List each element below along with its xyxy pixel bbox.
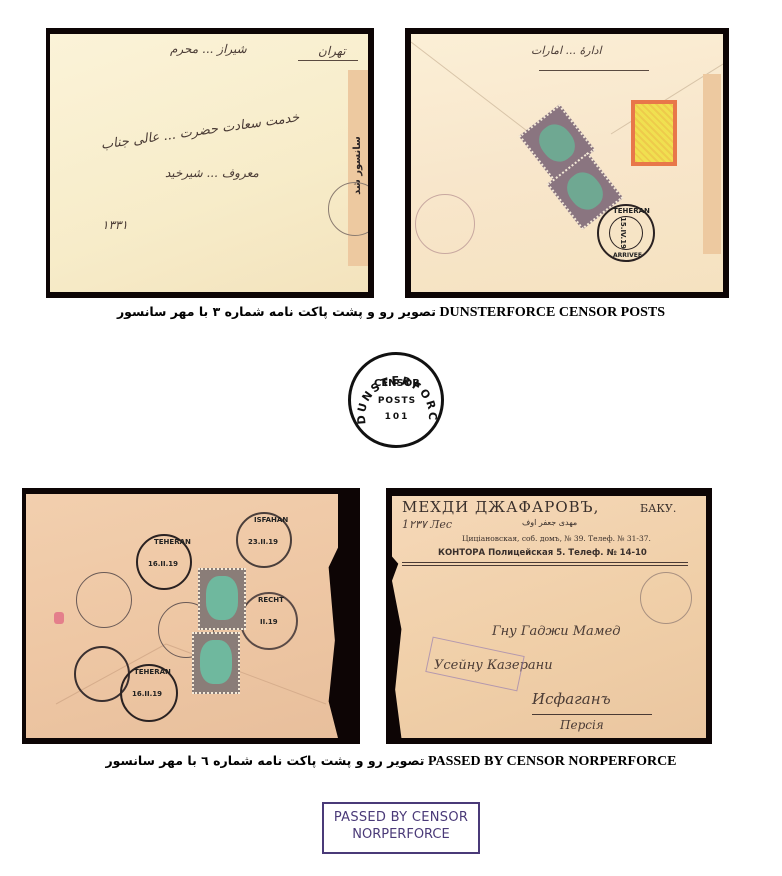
envelope6-stamp-2 (192, 632, 240, 694)
envelope3-censor-tape: سانسور شد (348, 70, 368, 266)
envelope6-stamp-1 (198, 568, 246, 630)
norperforce-line2: NORPERFORCE (324, 827, 478, 842)
caption-section2-latin: PASSED BY CENSOR NORPERFORCE (428, 754, 677, 769)
envelope3-address-main: خدمت سعادت حضرت ... عالی جناب (100, 110, 300, 153)
postmark-city: TEHERAN (613, 207, 650, 215)
mark-center-text: CENSOR (344, 378, 450, 389)
envelope3-address-line1: شیراز ... محرم (170, 42, 247, 56)
envelope6-back-photo: TEHERAN 16.II.19 ISFAHAN 23.II.19 RECHT … (22, 488, 360, 744)
envelope6-back: TEHERAN 16.II.19 ISFAHAN 23.II.19 RECHT … (26, 494, 338, 738)
envelope6-postmark-faint-left (76, 572, 132, 628)
envelope6-front: МЕХДИ ДЖАФАРОВЪ, БАКУ. مهدی جعفر اوف 1۲۳… (392, 496, 706, 738)
norperforce-censor-mark: PASSED BY CENSOR NORPERFORCE (322, 802, 480, 854)
envelope6-postmark-teheran-2: TEHERAN 16.II.19 (120, 664, 178, 722)
stamp-portrait (533, 118, 582, 168)
postmark-date: 23.II.19 (248, 538, 278, 546)
envelope3-teheran-postmark: TEHERAN 15.IV.19 ARRIVEE (597, 204, 655, 262)
envelope3-front-photo: تهران شیراز ... محرم خدمت سعادت حضرت ...… (46, 28, 374, 298)
overprint-pattern (635, 104, 673, 162)
envelope3-front: تهران شیراز ... محرم خدمت سعادت حضرت ...… (50, 34, 368, 292)
letterhead-rule (402, 562, 688, 566)
envelope3-back: ادارۀ ... امارات TEHERAN 15.IV.19 ARRIVE… (411, 34, 723, 292)
caption-section1-latin: DUNSTERFORCE CENSOR POSTS (439, 305, 665, 320)
underline (539, 70, 649, 71)
envelope3-year: ۱۳۳۱ (102, 218, 128, 232)
addressee-country: Персiя (560, 718, 604, 732)
handwritten-ref: 1۲۳۷ Лес (402, 518, 452, 531)
stamp-portrait (206, 576, 238, 620)
letterhead-address: Цицiановская, соб. домъ, № 39. Телеф. № … (462, 534, 651, 543)
dunsterforce-censor-mark: DUNSTERFORCE CENSOR POSTS 101 (344, 350, 450, 452)
postmark-city: TEHERAN (134, 668, 171, 676)
postmark-city: RECHT (258, 596, 284, 604)
mark-line2: POSTS (344, 396, 450, 406)
envelope3-address-top: تهران (318, 44, 346, 58)
postmark-city: TEHERAN (154, 538, 191, 546)
stamp-portrait (561, 166, 610, 216)
addressee-line1: Гну Гаджи Мамед (492, 624, 621, 639)
envelope6-postmark-teheran-1: TEHERAN 16.II.19 (136, 534, 192, 590)
postmark-date: 15.IV.19 (619, 217, 627, 249)
postmark-date: 16.II.19 (148, 560, 178, 568)
envelope3-overprint-label (631, 100, 677, 166)
caption-section1: تصویر رو و پشت پاکت نامه شماره ۳ با مهر … (0, 304, 782, 321)
addressee-city: Исфаганъ (532, 690, 611, 708)
postmark-date: 16.II.19 (132, 690, 162, 698)
postmark-lower: ARRIVEE (613, 252, 642, 259)
envelope6-postmark-isfahan: ISFAHAN 23.II.19 (236, 512, 292, 568)
envelope3-back-photo: ادارۀ ... امارات TEHERAN 15.IV.19 ARRIVE… (405, 28, 729, 298)
envelope3-address-line3: معروف ... شیرخید (165, 166, 259, 180)
red-ink-mark (54, 612, 64, 624)
envelope3-faint-postmark (328, 182, 368, 236)
postmark-date: II.19 (260, 618, 278, 626)
envelope6-front-faint-postmark (640, 572, 692, 624)
letterhead-city: БАКУ. (640, 502, 676, 515)
letterhead-office: КОНТОРА Полицейская 5. Телеф. № 14-10 (438, 548, 647, 558)
mark-line3: 101 (344, 412, 450, 422)
letterhead-persian: مهدی جعفر اوف (522, 518, 577, 527)
envelope3-faint-postmark-left (415, 194, 475, 254)
caption-section2: تصویر رو و پشت پاکت نامه شماره ٦ با مهر … (0, 753, 782, 770)
envelope6-postmark-recht: RECHT II.19 (240, 592, 298, 650)
caption-section1-persian: تصویر رو و پشت پاکت نامه شماره ۳ با مهر … (117, 304, 436, 319)
caption-section2-persian: تصویر رو و پشت پاکت نامه شماره ٦ با مهر … (105, 753, 424, 768)
letterhead-name: МЕХДИ ДЖАФАРОВЪ, (402, 498, 599, 516)
postmark-city: ISFAHAN (254, 516, 288, 524)
envelope3-back-top-writing: ادارۀ ... امارات (531, 44, 602, 57)
underline (298, 60, 358, 61)
envelope6-censor-box (425, 637, 524, 692)
norperforce-line1: PASSED BY CENSOR (324, 810, 478, 825)
stamp-portrait (200, 640, 232, 684)
city-underline (532, 714, 652, 715)
envelope3-back-censor-tape (703, 74, 721, 254)
envelope6-front-photo: МЕХДИ ДЖАФАРОВЪ, БАКУ. مهدی جعفر اوف 1۲۳… (386, 488, 712, 744)
